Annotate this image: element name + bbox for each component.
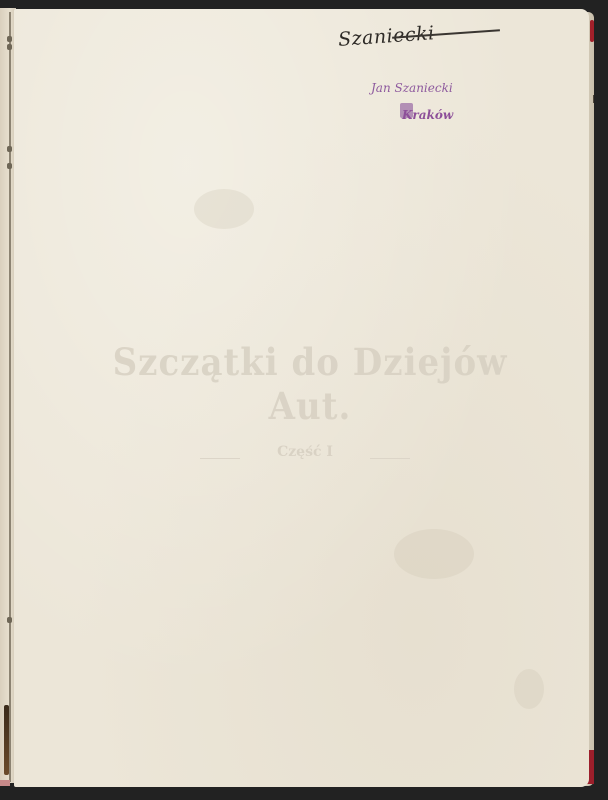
binding-stitch: [7, 163, 12, 169]
stamp-owner-name: Jan Szaniecki: [371, 81, 453, 95]
binding-stitch: [7, 617, 12, 623]
binding-stitch: [7, 44, 12, 50]
binding-line: [9, 12, 11, 782]
bleed-through-subtitle: Część I: [230, 444, 380, 460]
stamp-city: Kraków: [402, 108, 453, 122]
binding-stain: [0, 780, 10, 786]
paper-stain: [394, 529, 474, 579]
binding-stitch: [7, 36, 12, 42]
paper-stain: [514, 669, 544, 709]
paper-stain: [194, 189, 254, 229]
edge-mark: [593, 95, 594, 103]
binding-tear: [4, 705, 9, 775]
scan-background: Szaniecki Jan Szaniecki Kraków Szczątki …: [0, 0, 608, 800]
red-page-edge-top: [590, 20, 594, 42]
bleed-through-title: Szczątki do Dziejów Aut.: [100, 341, 520, 429]
bleed-through-rule: [370, 458, 410, 459]
binding-stitch: [7, 146, 12, 152]
